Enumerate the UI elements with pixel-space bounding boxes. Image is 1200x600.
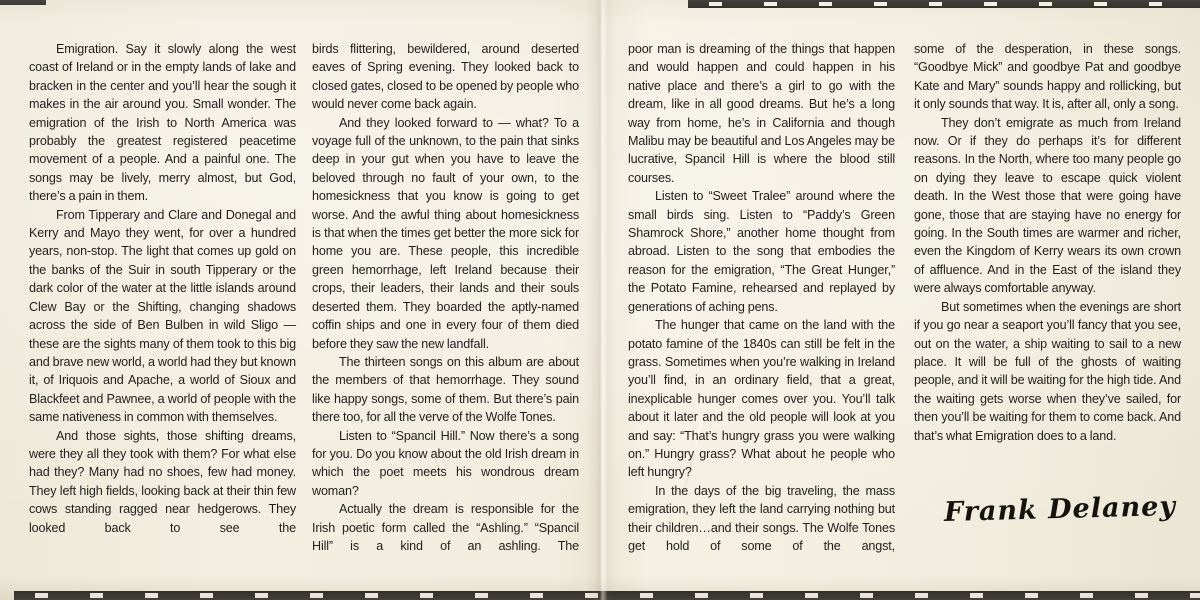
paragraph: In the days of the big traveling, the ma… [628, 482, 895, 556]
paragraph: Listen to “Sweet Tralee” around where th… [628, 187, 895, 316]
text-column-4: some of the desperation, in these songs.… [914, 40, 1181, 445]
paragraph: some of the desperation, in these songs.… [914, 40, 1181, 114]
paragraph: And those sights, those shifting dreams,… [29, 427, 296, 537]
paragraph: Actually the dream is responsible for th… [312, 500, 579, 555]
paragraph: birds flittering, bewildered, around des… [312, 40, 579, 114]
paragraph: And they looked forward to — what? To a … [312, 114, 579, 353]
text-column-2: birds flittering, bewildered, around des… [312, 40, 579, 555]
sprocket-holes-bottom [14, 593, 1200, 598]
sprocket-holes-top [688, 2, 1200, 6]
paragraph: From Tipperary and Clare and Donegal and… [29, 206, 296, 427]
film-sprocket-strip-top [688, 0, 1200, 8]
film-edge-mark-top-left [0, 0, 46, 5]
paragraph: Listen to “Spancil Hill.” Now there’s a … [312, 427, 579, 501]
paragraph: The hunger that came on the land with th… [628, 316, 895, 482]
paragraph: The thirteen songs on this album are abo… [312, 353, 579, 427]
film-sprocket-strip-bottom [14, 591, 1200, 600]
paragraph: But sometimes when the evenings are shor… [914, 298, 1181, 445]
author-signature: Frank Delaney [944, 491, 1177, 528]
paragraph: poor man is dreaming of the things that … [628, 40, 895, 187]
center-fold [586, 0, 616, 600]
paragraph: They don’t emigrate as much from Ire­lan… [914, 114, 1181, 298]
paragraph: Emigration. Say it slowly along the west… [29, 40, 296, 206]
text-column-3: poor man is dreaming of the things that … [628, 40, 895, 555]
liner-notes-spread: Emigration. Say it slowly along the west… [0, 0, 1200, 600]
text-column-1: Emigration. Say it slowly along the west… [29, 40, 296, 537]
